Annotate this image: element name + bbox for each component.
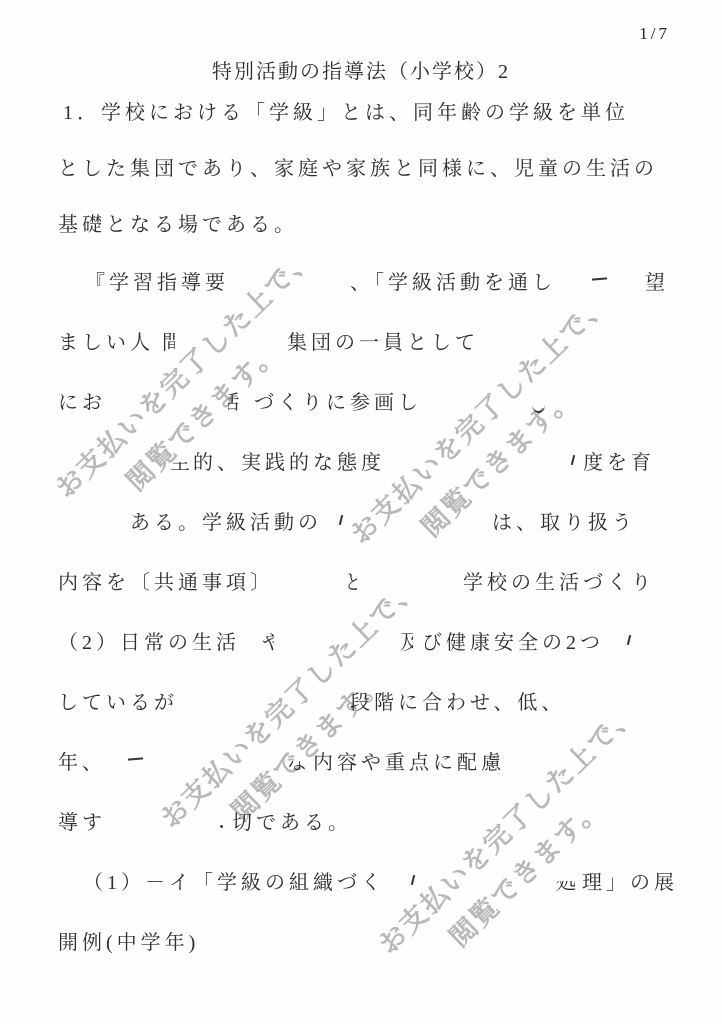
text-segment: ある。学級活動の (130, 510, 322, 536)
text-segment: 学校の生活づくり (463, 570, 655, 596)
text-segment: 『学習指導要 (85, 270, 229, 296)
partial-glyph: 主 (170, 462, 194, 476)
text-segment: 導す (58, 810, 106, 836)
text-segment: にお (58, 390, 106, 416)
dot-mark (220, 825, 223, 828)
watermark: お支払いを完了した上で、閲覧できます。 (368, 692, 676, 993)
partial-glyph: と (344, 570, 357, 596)
page-number: 1/7 (639, 24, 670, 44)
text-segment: とした集団であり、家庭や家族と同様に、児童の生活の (58, 156, 658, 182)
text-segment: 開例(中学年) (58, 930, 199, 956)
text-segment: 年、 (58, 750, 106, 776)
text-segment: （1）－イ「学級の組織づく (83, 870, 385, 896)
text-segment: 内容や重点に配慮 (313, 750, 505, 776)
text-segment: 、「学級活動を通し (350, 270, 556, 296)
tick-mark (627, 635, 631, 645)
text-segment: 度を育 (583, 450, 655, 476)
tick-mark (571, 455, 575, 465)
watermark-line1: お支払いを完了した上で、 (373, 697, 644, 960)
text-segment: づくりに参画し (254, 390, 422, 416)
text-segment: 理」の展 (582, 870, 678, 896)
text-segment: （2）日常の生活 (58, 630, 240, 656)
text-segment: 望 (645, 270, 669, 296)
text-segment: び健康安全の2つ (422, 630, 604, 656)
text-segment: 的、実践的な態度 (193, 450, 385, 476)
partial-glyph: 間 (162, 330, 175, 356)
text-segment: は、取り扱う (492, 510, 636, 536)
partial-glyph: 処 (556, 881, 580, 896)
document-page: 1/7 特別活動の指導法（小学校）2 お支払いを完了した上で、閲覧できます。お支… (0, 0, 722, 1024)
watermark: お支払いを完了した上で、閲覧できます。 (340, 282, 648, 583)
text-segment: 基礎となる場である。 (58, 212, 298, 238)
dash-mark (592, 277, 607, 280)
document-title: 特別活動の指導法（小学校）2 (0, 55, 722, 84)
text-segment: 内容を〔共通事項〕 (58, 570, 274, 596)
partial-glyph: な (287, 761, 311, 776)
partial-glyph: や (262, 630, 274, 656)
text-segment: 1．学校における「学級」とは、同年齢の学級を単位 (63, 100, 629, 126)
text-segment: ましい人 (58, 330, 154, 356)
dash-mark (128, 757, 143, 760)
text-segment: 集団の一員として (287, 330, 479, 356)
text-segment: 段階に合わせ、低、 (350, 690, 565, 716)
text-segment: 切である。 (232, 810, 352, 836)
partial-glyph: 活 (228, 390, 241, 416)
text-segment: しているが (58, 690, 178, 716)
tick-mark (411, 875, 415, 885)
partial-glyph: 及 (400, 630, 413, 656)
